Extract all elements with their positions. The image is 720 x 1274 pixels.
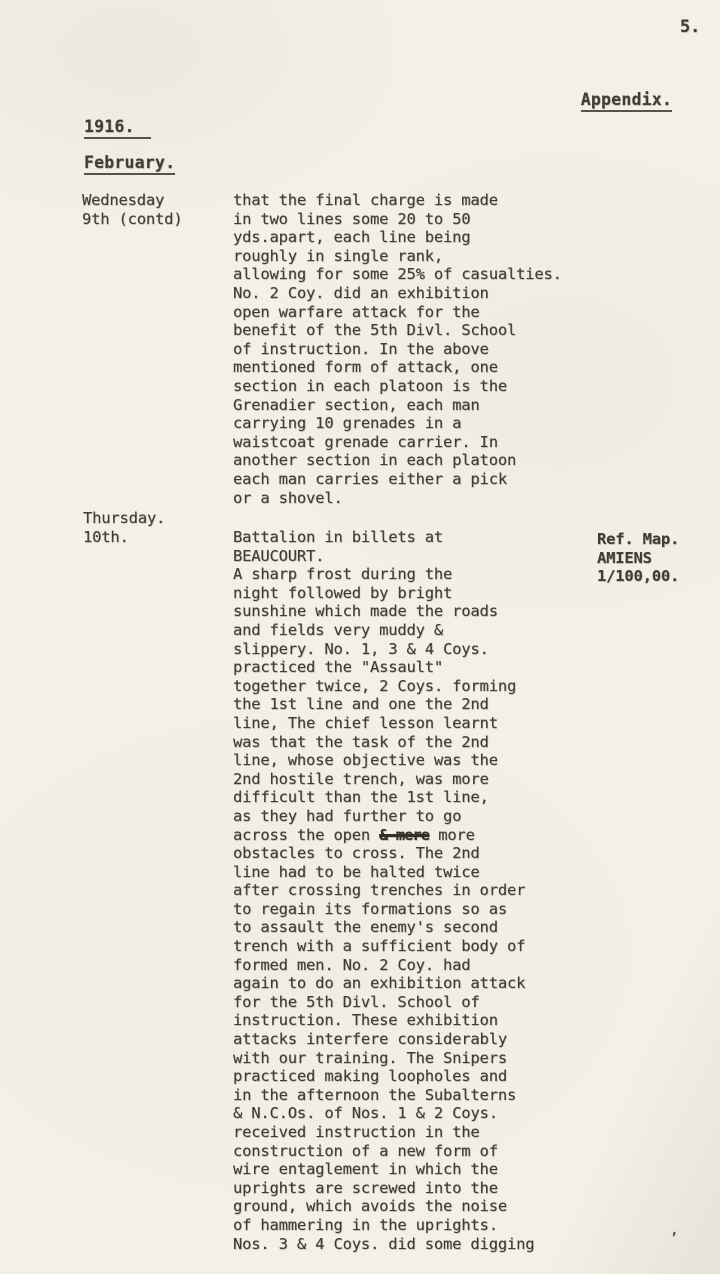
entry-2-margin-map-reference: Ref. Map. AMIENS 1/100,00. xyxy=(597,530,712,586)
war-diary-page: 5. Appendix. 1916. February. Wednesday 9… xyxy=(0,0,720,1274)
entry-1-body: that the final charge is made in two lin… xyxy=(233,191,597,507)
appendix-heading-text: Appendix. xyxy=(581,90,672,112)
appendix-heading: Appendix. xyxy=(581,91,672,110)
month-heading: February. xyxy=(84,154,175,173)
year-heading-text: 1916. xyxy=(84,117,151,139)
month-heading-text: February. xyxy=(84,153,175,175)
page-number: 5. xyxy=(680,18,700,37)
entry-2-struck-out-word: &-mere xyxy=(379,826,429,844)
year-heading: 1916. xyxy=(84,118,151,137)
entry-2-body: Battalion in billets at BEAUCOURT. A sha… xyxy=(233,528,597,1253)
entry-1-date-label: Wednesday 9th (contd) xyxy=(82,191,232,228)
entry-2-date-label: Thursday. 10th. xyxy=(83,509,233,546)
entry-2-body-part-1: Battalion in billets at BEAUCOURT. A sha… xyxy=(233,528,516,844)
stray-ink-mark: , xyxy=(670,1221,678,1240)
entry-2-body-part-2: more obstacles to cross. The 2nd line ha… xyxy=(233,826,534,1253)
